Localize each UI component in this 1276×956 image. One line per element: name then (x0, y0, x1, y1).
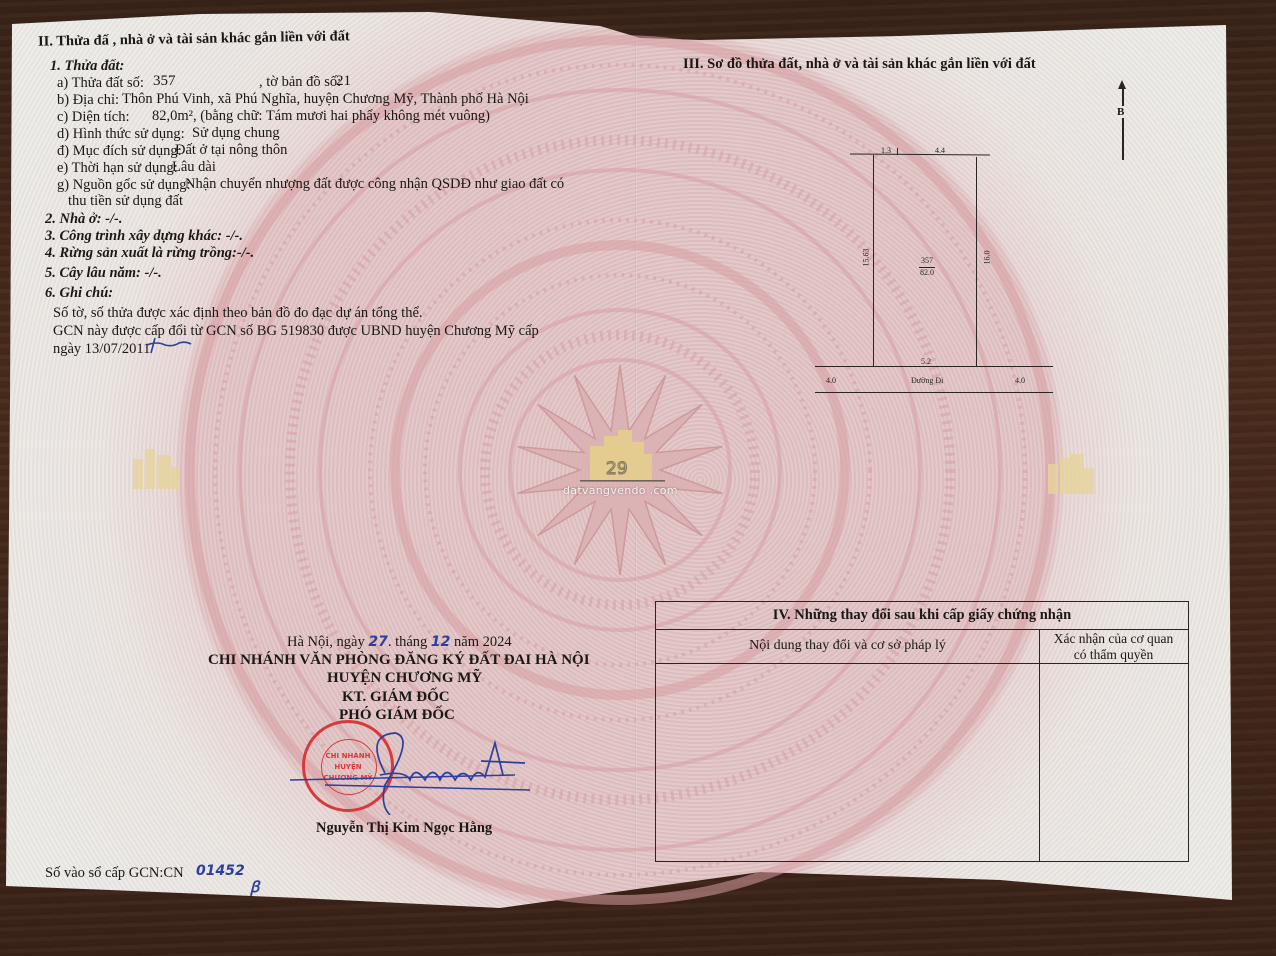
role-line1: KT. GIÁM ĐỐC (342, 688, 450, 706)
plot-left-boundary (873, 155, 874, 367)
notes-line2: GCN này được cấp đổi từ GCN số BG 519830… (53, 322, 539, 340)
dim-top-right: 4.4 (935, 146, 945, 155)
signer-name: Nguyễn Thị Kim Ngọc Hằng (316, 819, 492, 837)
house-item: 2. Nhà ở: -/-. (45, 210, 122, 228)
office-line2: HUYỆN CHƯƠNG MỸ (327, 669, 482, 687)
area-value: 82,0m², (bằng chữ: Tám mươi hai phẩy khô… (152, 107, 490, 125)
dim-top-left: 1.3 (881, 146, 891, 155)
changes-table-title: IV. Những thay đổi sau khi cấp giấy chứn… (656, 602, 1188, 630)
register-number: 01452 (196, 862, 245, 880)
production-forest-item: 4. Rừng sản xuất là rừng trồng:-/-. (45, 244, 254, 262)
usage-form-label: d) Hình thức sử dụng: (57, 125, 185, 143)
plot-area: 82.0 (920, 268, 934, 277)
svg-text:29: 29 (606, 459, 628, 479)
north-arrow-line (1122, 85, 1124, 160)
term-label: e) Thời hạn sử dụng: (57, 159, 178, 177)
office-line1: CHI NHÁNH VĂN PHÒNG ĐĂNG KÝ ĐẤT ĐAI HÀ N… (208, 651, 590, 669)
road-width-left: 4.0 (826, 376, 836, 385)
origin-value-line1: Nhận chuyển nhượng đất được công nhận QS… (185, 175, 564, 193)
notes-line3: ngày 13/07/2011 (53, 340, 150, 358)
plot-top-tick (897, 148, 898, 155)
address-value: Thôn Phú Vinh, xã Phú Nghĩa, huyện Chươn… (122, 90, 529, 108)
map-sheet-label: , tờ bản đồ số: (259, 73, 341, 91)
changes-table: IV. Những thay đổi sau khi cấp giấy chứn… (655, 601, 1189, 862)
term-value: Lâu dài (172, 158, 216, 176)
watermark-logo-left (127, 445, 185, 493)
area-label: c) Diện tích: (57, 108, 129, 126)
road-width-right: 4.0 (1015, 376, 1025, 385)
issue-day: 27 (368, 634, 387, 650)
changes-col-content-header: Nội dung thay đổi và cơ sở pháp lý (656, 629, 1039, 663)
initials-handwriting (143, 335, 193, 357)
north-arrow-icon (1118, 80, 1126, 89)
parcel-number: 357 (153, 72, 176, 90)
place-date: Hà Nội, ngày 27. tháng 12 năm 2024 (287, 633, 512, 651)
road-label: Đường Đi (911, 376, 943, 385)
dim-left-side: 15.63 (862, 249, 871, 267)
perennial-trees-item: 5. Cây lâu năm: -/-. (45, 264, 162, 282)
plot-bottom-boundary (815, 366, 1053, 367)
origin-value-line2: thu tiền sử dụng đất (68, 192, 183, 210)
notes-line1: Số tờ, số thửa được xác định theo bản đồ… (53, 304, 423, 322)
section3-title: III. Sơ đồ thửa đất, nhà ở và tài sản kh… (683, 55, 1036, 73)
north-label: B (1117, 106, 1124, 118)
watermark-logo-right (1042, 450, 1100, 496)
signature-handwriting (285, 725, 555, 815)
dim-bottom-side: 5.2 (921, 357, 931, 366)
register-label: Số vào sổ cấp GCN:CN (45, 864, 184, 882)
road-far-edge (815, 392, 1053, 393)
other-construction-item: 3. Công trình xây dựng khác: -/-. (45, 227, 243, 245)
map-sheet-number: 21 (336, 72, 351, 90)
usage-form-value: Sử dụng chung (192, 124, 280, 142)
address-label: b) Địa chỉ: (57, 91, 119, 109)
purpose-value: Đất ở tại nông thôn (175, 141, 287, 159)
purpose-label: đ) Mục đích sử dụng: (57, 142, 182, 160)
plot-right-boundary (976, 157, 977, 367)
changes-col-confirm-header: Xác nhận của cơ quan có thẩm quyền (1039, 629, 1188, 665)
watermark-text: datvangvendo .com (563, 484, 678, 497)
watermark-logo-center: 29 (580, 428, 665, 484)
register-initial: ꞵ (250, 878, 259, 896)
plot-parcel-number: 357 (921, 256, 933, 265)
dim-right-side: 16.0 (983, 251, 992, 265)
land-heading: 1. Thửa đất: (50, 57, 124, 75)
issue-month: 12 (431, 634, 450, 650)
notes-heading: 6. Ghi chú: (45, 284, 113, 302)
